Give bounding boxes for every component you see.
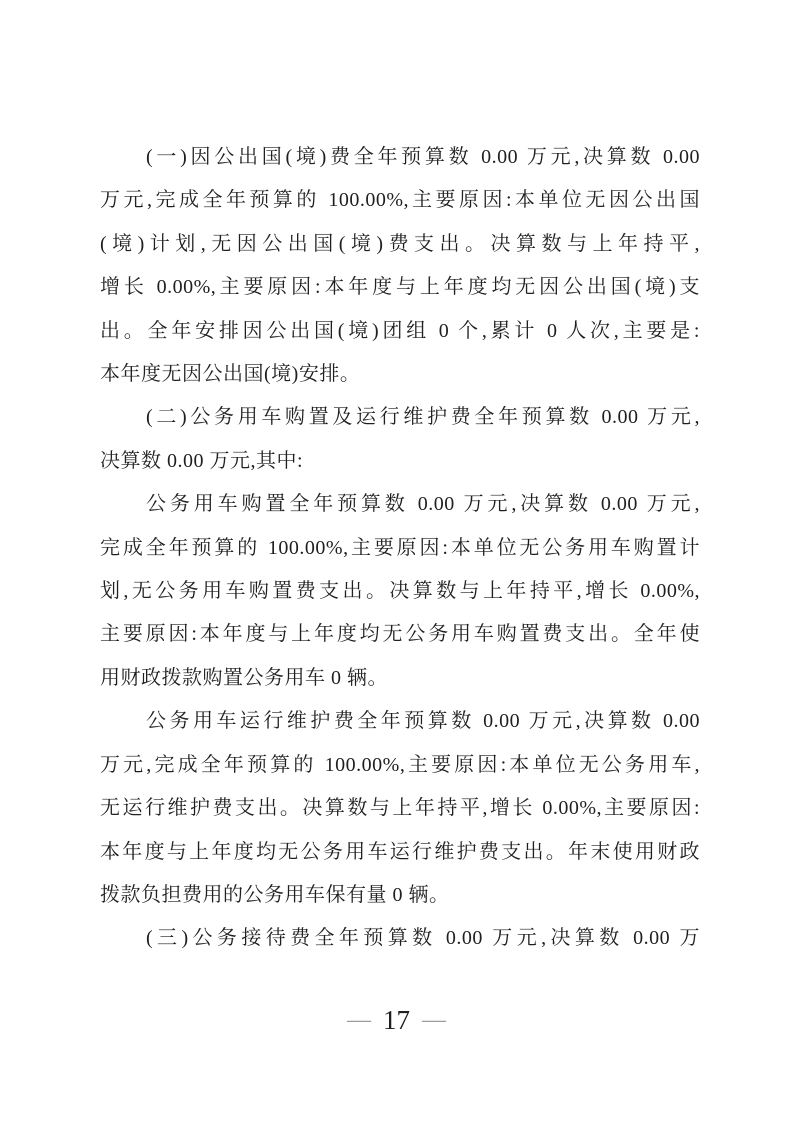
text-line: (三)公务接待费全年预算数 0.00 万元,决算数 0.00 万 (100, 917, 700, 960)
text-line: (二)公务用车购置及运行维护费全年预算数 0.00 万元, (100, 396, 700, 439)
page-footer: —17— (0, 1005, 793, 1036)
text-line: 本年度与上年度均无公务用车运行维护费支出。年末使用财政 (100, 831, 700, 874)
text-line: 决算数 0.00 万元,其中: (100, 440, 700, 483)
text-line: 拨款负担费用的公务用车保有量 0 辆。 (100, 874, 700, 917)
paragraph: (二)公务用车购置及运行维护费全年预算数 0.00 万元,决算数 0.00 万元… (100, 396, 700, 483)
footer-dash-left: — (347, 1007, 371, 1033)
text-line: 公务用车购置全年预算数 0.00 万元,决算数 0.00 万元, (100, 483, 700, 526)
document-page: (一)因公出国(境)费全年预算数 0.00 万元,决算数 0.00万元,完成全年… (0, 0, 793, 1122)
text-line: 增长 0.00%,主要原因:本年度与上年度均无因公出国(境)支 (100, 266, 700, 309)
page-number: 17 (383, 1005, 410, 1035)
text-line: 划,无公务用车购置费支出。决算数与上年持平,增长 0.00%, (100, 570, 700, 613)
footer-dash-right: — (422, 1007, 446, 1033)
document-body: (一)因公出国(境)费全年预算数 0.00 万元,决算数 0.00万元,完成全年… (100, 136, 700, 961)
paragraph: (三)公务接待费全年预算数 0.00 万元,决算数 0.00 万 (100, 917, 700, 960)
text-line: (一)因公出国(境)费全年预算数 0.00 万元,决算数 0.00 (100, 136, 700, 179)
text-line: 主要原因:本年度与上年度均无公务用车购置费支出。全年使 (100, 613, 700, 656)
text-line: (境)计划,无因公出国(境)费支出。决算数与上年持平, (100, 223, 700, 266)
text-line: 完成全年预算的 100.00%,主要原因:本单位无公务用车购置计 (100, 527, 700, 570)
paragraph: 公务用车购置全年预算数 0.00 万元,决算数 0.00 万元,完成全年预算的 … (100, 483, 700, 700)
paragraph: 公务用车运行维护费全年预算数 0.00 万元,决算数 0.00万元,完成全年预算… (100, 700, 700, 917)
text-line: 出。全年安排因公出国(境)团组 0 个,累计 0 人次,主要是: (100, 310, 700, 353)
text-line: 万元,完成全年预算的 100.00%,主要原因:本单位无公务用车, (100, 744, 700, 787)
text-line: 用财政拨款购置公务用车 0 辆。 (100, 657, 700, 700)
paragraph: (一)因公出国(境)费全年预算数 0.00 万元,决算数 0.00万元,完成全年… (100, 136, 700, 396)
text-line: 无运行维护费支出。决算数与上年持平,增长 0.00%,主要原因: (100, 787, 700, 830)
text-line: 万元,完成全年预算的 100.00%,主要原因:本单位无因公出国 (100, 179, 700, 222)
text-line: 本年度无因公出国(境)安排。 (100, 353, 700, 396)
text-line: 公务用车运行维护费全年预算数 0.00 万元,决算数 0.00 (100, 700, 700, 743)
